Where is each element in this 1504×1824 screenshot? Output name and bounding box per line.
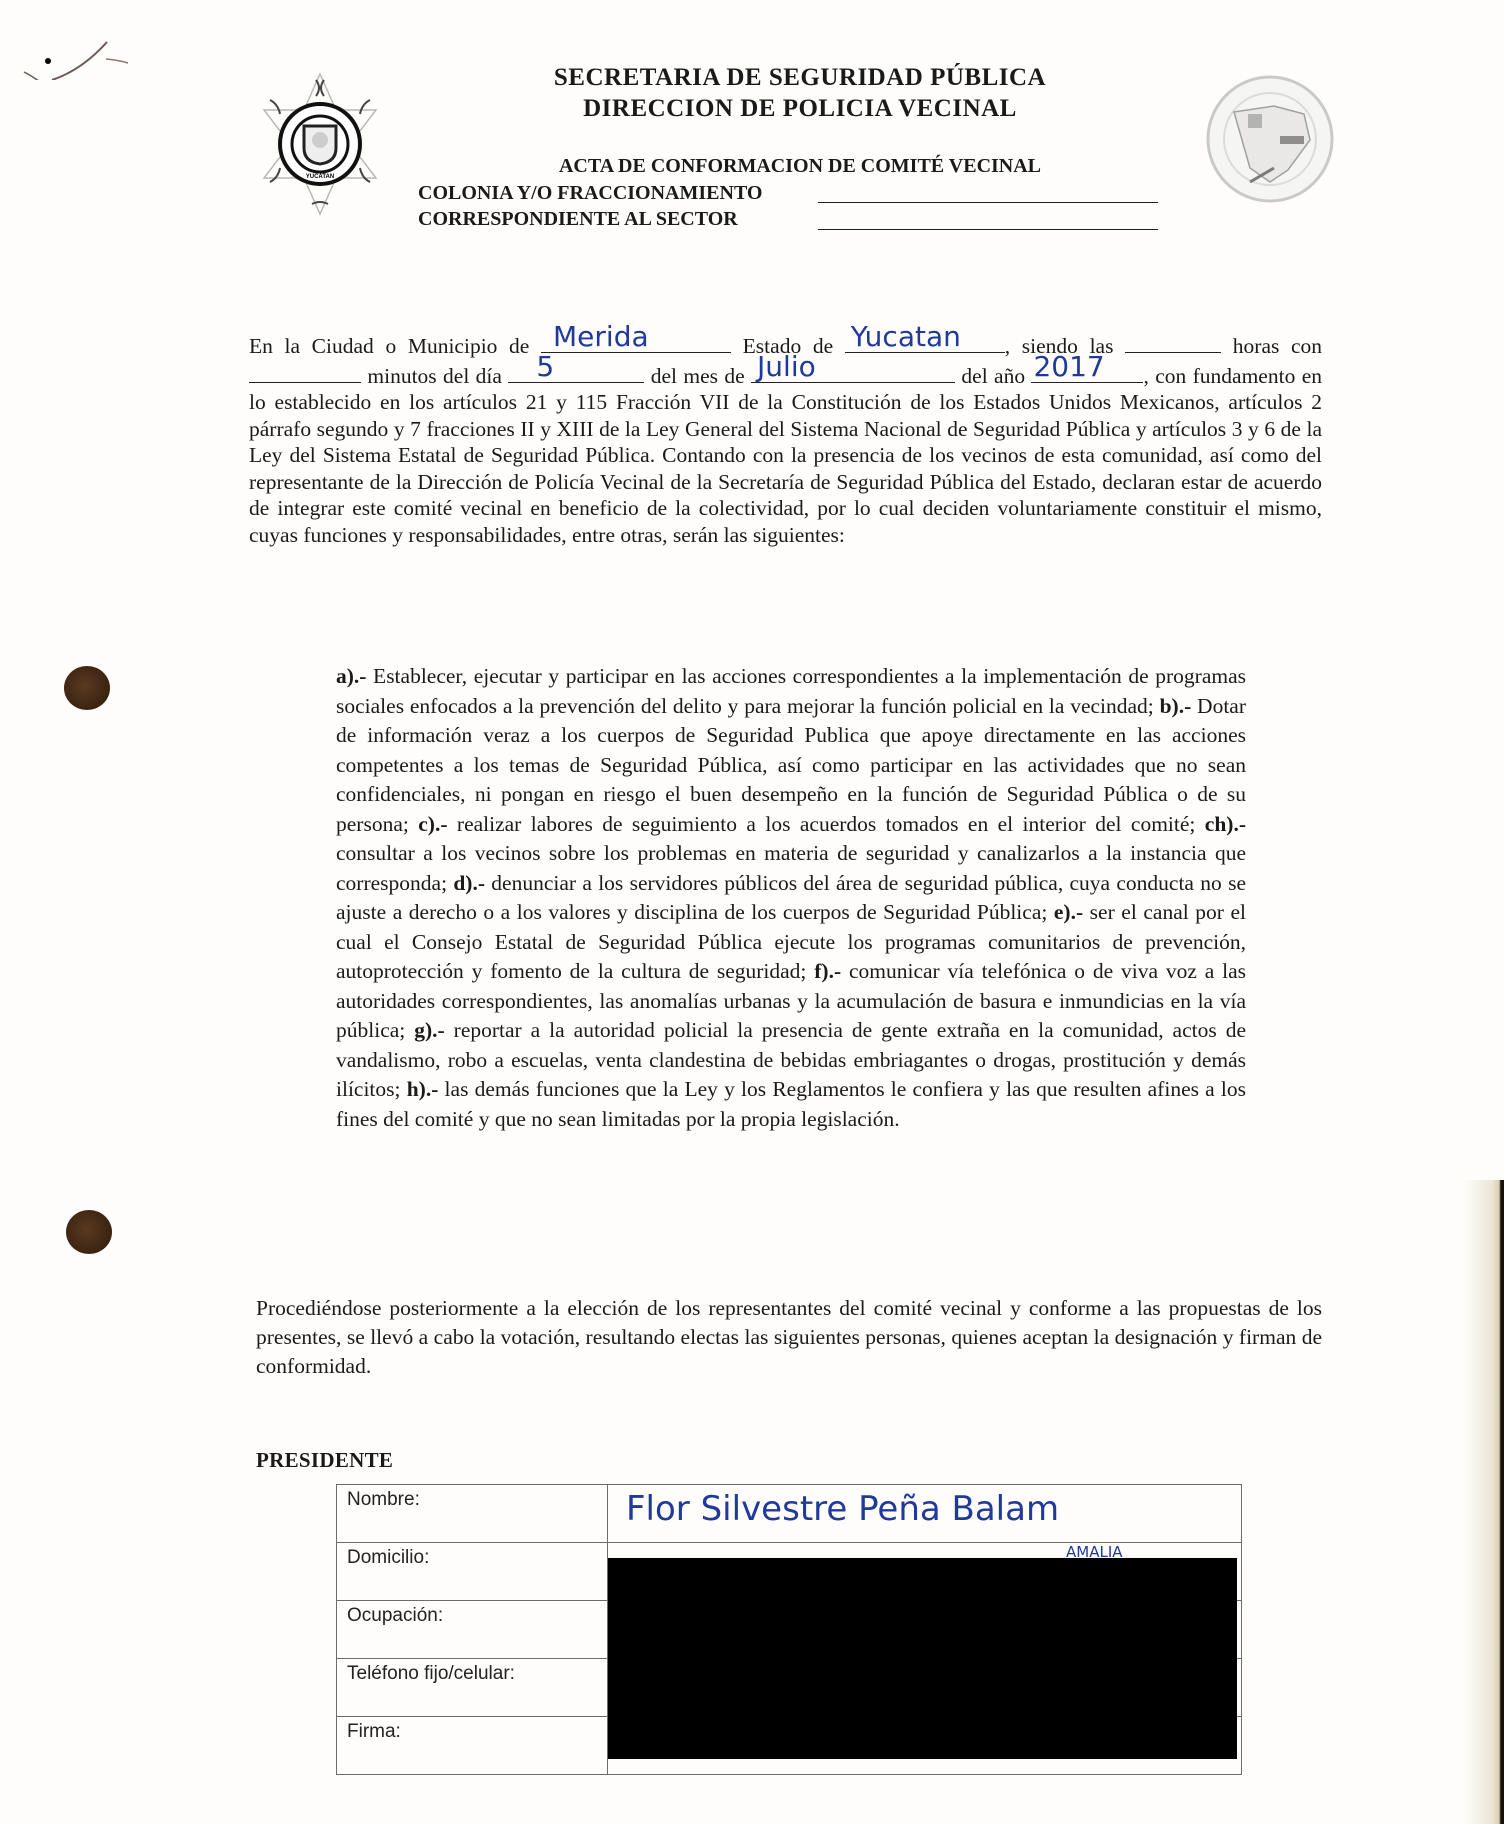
function-label: f).-: [814, 959, 841, 983]
table-row-nombre: Nombre: Flor Silvestre Peña Balam: [337, 1485, 1242, 1543]
function-label: ch).-: [1205, 812, 1246, 836]
municipio-field[interactable]: Merida: [541, 330, 731, 353]
svg-text:YUCATAN: YUCATAN: [306, 174, 334, 180]
president-section-title: PRESIDENTE: [256, 1448, 393, 1473]
function-label: d).-: [453, 871, 485, 895]
function-label: e).-: [1054, 900, 1083, 924]
anio-field[interactable]: 2017: [1031, 360, 1143, 383]
function-text: las demás funciones que la Ley y los Reg…: [336, 1077, 1246, 1131]
function-label: a).-: [336, 664, 366, 688]
telefono-label: Teléfono fijo/celular:: [337, 1659, 608, 1717]
intro-paragraph: En la Ciudad o Municipio de Merida Estad…: [249, 330, 1322, 548]
function-text: realizar labores de seguimiento a los ac…: [448, 812, 1205, 836]
consejo-estatal-stamp-icon: [1200, 62, 1340, 216]
pen-mark-scribble: [10, 30, 130, 80]
minutos-field[interactable]: [249, 360, 361, 383]
page-edge-shadow: [1464, 1180, 1504, 1824]
function-label: h).-: [407, 1077, 439, 1101]
nombre-field[interactable]: Flor Silvestre Peña Balam: [608, 1485, 1242, 1543]
domicilio-label: Domicilio:: [337, 1543, 608, 1601]
ocupacion-label: Ocupación:: [337, 1601, 608, 1659]
redaction-box: [608, 1558, 1237, 1759]
function-label: g).-: [414, 1018, 444, 1042]
sector-field: CORRESPONDIENTE AL SECTOR: [418, 208, 738, 231]
estado-field[interactable]: Yucatan: [845, 330, 1005, 353]
sector-label: CORRESPONDIENTE AL SECTOR: [418, 208, 738, 230]
mes-field[interactable]: Julio: [751, 360, 955, 383]
colonia-label: COLONIA Y/O FRACCIONAMIENTO: [418, 182, 762, 204]
function-label: c).-: [418, 812, 447, 836]
colonia-field: COLONIA Y/O FRACCIONAMIENTO: [418, 182, 762, 205]
closing-paragraph: Procediéndose posteriormente a la elecci…: [256, 1294, 1322, 1381]
horas-field[interactable]: [1125, 330, 1221, 353]
header-title-line1: SECRETARIA DE SEGURIDAD PÚBLICA: [420, 62, 1180, 93]
binder-punch-hole: [64, 666, 110, 710]
firma-label: Firma:: [337, 1717, 608, 1775]
dia-field[interactable]: 5: [508, 360, 644, 383]
header-title-line2: DIRECCION DE POLICIA VECINAL: [420, 93, 1180, 124]
functions-list: a).- Establecer, ejecutar y participar e…: [336, 662, 1246, 1134]
function-label: b).-: [1160, 694, 1192, 718]
function-text: Establecer, ejecutar y participar en las…: [336, 664, 1246, 718]
document-title: ACTA DE CONFORMACION DE COMITÉ VECINAL: [420, 154, 1180, 178]
nombre-label: Nombre:: [337, 1485, 608, 1543]
binder-punch-hole: [66, 1210, 112, 1254]
ssp-yucatan-seal-icon: YUCATAN: [252, 70, 388, 218]
document-header: SECRETARIA DE SEGURIDAD PÚBLICA DIRECCIO…: [420, 62, 1180, 178]
